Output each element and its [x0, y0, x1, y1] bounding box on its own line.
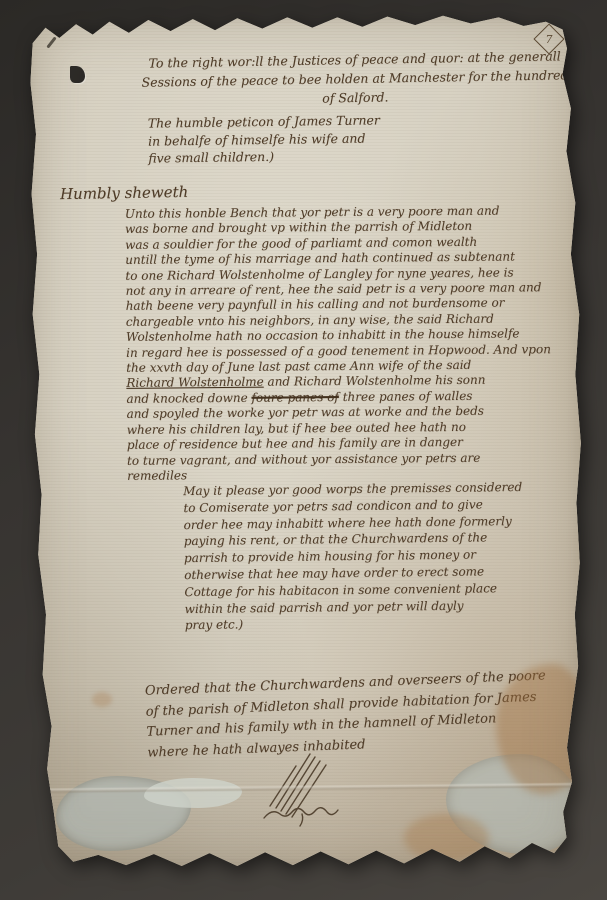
paper-slit	[46, 36, 56, 48]
damage-patch	[144, 778, 242, 808]
struck-text: foure panes of	[251, 390, 338, 405]
stain	[404, 814, 489, 862]
body-text: and knocked downe	[126, 391, 251, 406]
damage-patch	[446, 754, 581, 854]
body-text: and Richard Wolstenholme his sonn	[264, 373, 486, 389]
manuscript-page-wrap: 7 To the right wor:ll the Justices of pe…	[26, 14, 582, 872]
intro-line: five small children.)	[148, 146, 380, 167]
folio-number-text: 7	[546, 33, 553, 46]
prayer-clause: May it please yor good worps the premiss…	[183, 479, 524, 634]
address-heading: To the right wor:ll the Justices of peac…	[130, 46, 581, 111]
body-text: three panes of walles	[339, 389, 473, 404]
stain	[92, 692, 112, 707]
intro-line: in behalfe of himselfe his wife and	[148, 129, 380, 150]
prayer-line: pray etc.)	[185, 613, 524, 634]
manuscript-page: 7 To the right wor:ll the Justices of pe…	[26, 14, 582, 872]
underlined-text: Richard Wolstenholme	[126, 375, 263, 390]
sheweth-line: Humbly sheweth	[60, 183, 189, 203]
document-photo: 7 To the right wor:ll the Justices of pe…	[0, 0, 607, 900]
petition-body: Unto this honble Bench that yor petr is …	[125, 203, 552, 484]
paper-hole	[70, 66, 85, 83]
petition-title: The humble peticon of James Turner in be…	[148, 111, 381, 167]
signature-mark-icon	[240, 746, 370, 836]
